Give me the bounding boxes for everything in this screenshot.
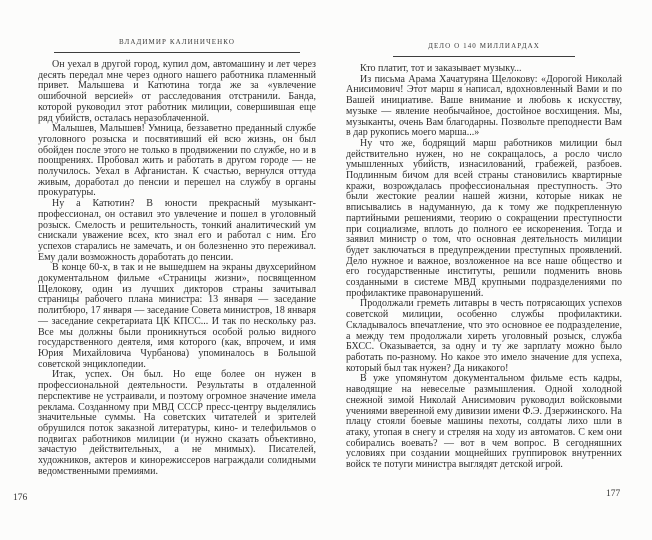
page-number-left: 176	[13, 493, 27, 503]
paragraph: Ну а Катютин? В юности прекрасный музыка…	[38, 199, 316, 263]
page-header-chapter: ДЕЛО О 140 МИЛЛИАРДАХ	[346, 42, 622, 50]
paragraph: Малышев, Малышев! Умница, беззаветно пре…	[38, 124, 316, 199]
book-spread: ВЛАДИМИР КАЛИНИЧЕНКО Он уехал в другой г…	[0, 0, 652, 540]
paragraph: Продолжали греметь литавры в честь потря…	[346, 299, 622, 374]
running-head-right: ДЕЛО О 140 МИЛЛИАРДАХ	[346, 42, 622, 57]
page-header-author: ВЛАДИМИР КАЛИНИЧЕНКО	[38, 38, 316, 46]
page-left: ВЛАДИМИР КАЛИНИЧЕНКО Он уехал в другой г…	[38, 38, 316, 477]
page-right: ДЕЛО О 140 МИЛЛИАРДАХ Кто платит, тот и …	[346, 42, 622, 471]
page-body-left: Он уехал в другой город, купил дом, авто…	[38, 60, 316, 477]
paragraph: Ну что же, бодрящий марш работников мили…	[346, 139, 622, 300]
paragraph: Из письма Арама Хачатуряна Щелокову: «До…	[346, 75, 622, 139]
header-rule-left	[54, 52, 300, 53]
paragraph: В уже упомянутом документальном фильме е…	[346, 374, 622, 470]
running-head-left: ВЛАДИМИР КАЛИНИЧЕНКО	[38, 38, 316, 53]
page-body-right: Кто платит, тот и заказывает музыку... И…	[346, 64, 622, 471]
paragraph: В конце 60-х, в так и не вышедшем на экр…	[38, 263, 316, 370]
paragraph: Итак, успех. Он был. Но еще более он нуж…	[38, 370, 316, 477]
header-rule-right	[393, 56, 575, 57]
page-number-right: 177	[606, 489, 620, 499]
paragraph: Он уехал в другой город, купил дом, авто…	[38, 60, 316, 124]
